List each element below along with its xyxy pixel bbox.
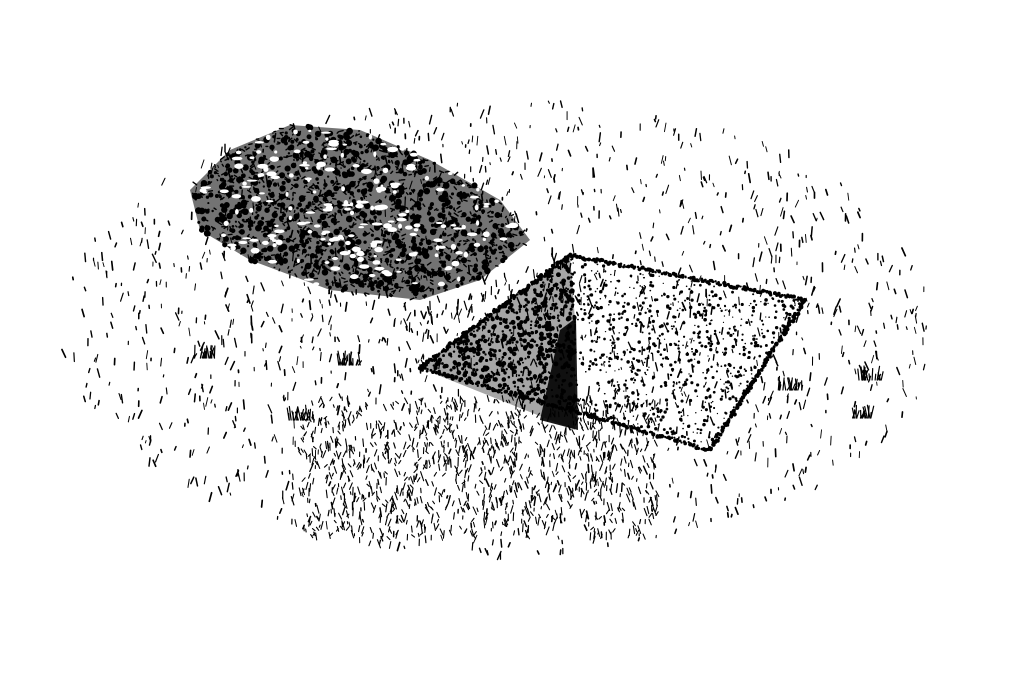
ink-drawing (0, 0, 1024, 686)
spoil-heap (190, 124, 530, 300)
illustration: Black-and-white pen-and-ink illustration… (0, 0, 1024, 686)
